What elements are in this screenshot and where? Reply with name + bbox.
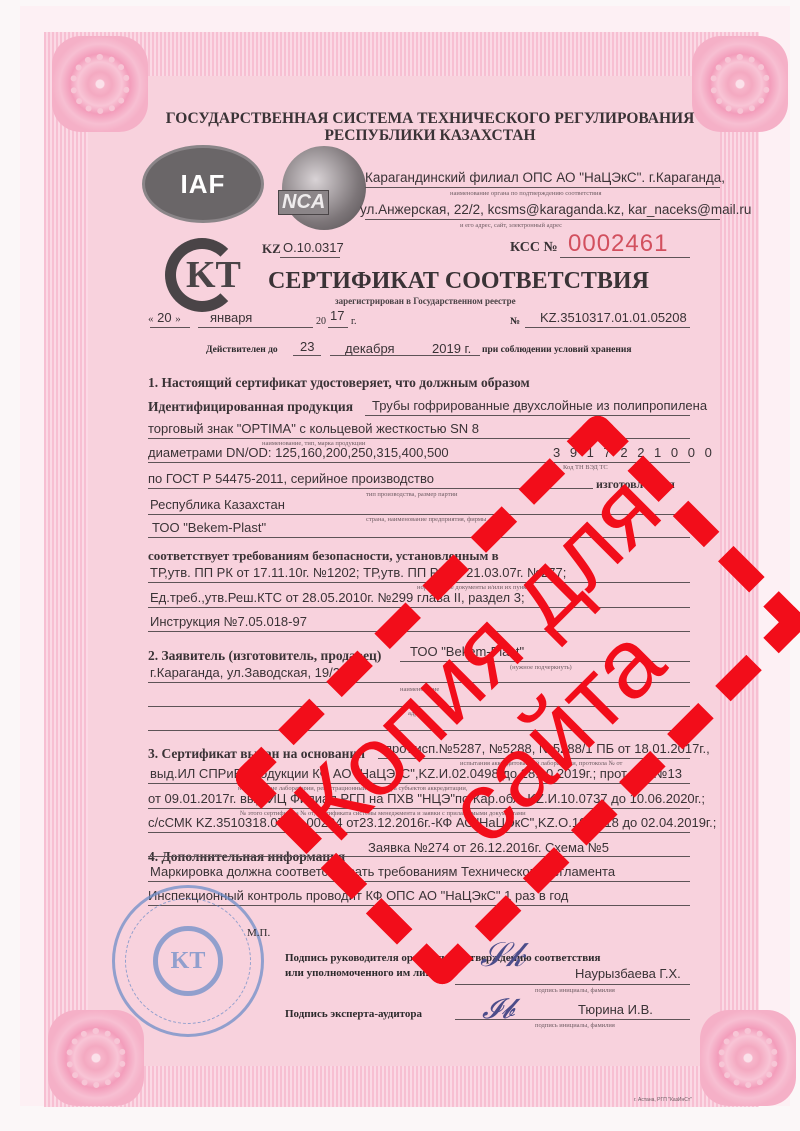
section2-heading: 2. Заявитель (изготовитель, продавец) bbox=[148, 648, 381, 664]
section3-heading: 3. Сертификат выдан на основании bbox=[148, 746, 365, 762]
valid-day: 23 bbox=[300, 339, 314, 354]
issue-month: января bbox=[210, 310, 252, 325]
additional-info-line-1: Маркировка должна соответствовать требов… bbox=[150, 864, 615, 879]
complies-label: соответствует требованиям безопасности, … bbox=[148, 548, 499, 564]
tn-ved-code: 3 9 1 7 2 2 1 0 0 0 bbox=[553, 445, 715, 460]
kz-accreditation-number: O.10.0317 bbox=[283, 240, 344, 255]
basis-line-5: Заявка №274 от 26.12.2016г. Схема №5 bbox=[368, 840, 609, 855]
basis-line-1: прот.исп.№5287, №5288, №5288/1 ПБ от 18.… bbox=[385, 741, 710, 756]
issue-year-unit: г. bbox=[351, 316, 356, 327]
section1-heading: 1. Настоящий сертификат удостоверяет, чт… bbox=[148, 375, 530, 391]
certificate-title: СЕРТИФИКАТ СООТВЕТСТВИЯ bbox=[268, 268, 649, 295]
seal-place-label: М.П. bbox=[247, 927, 270, 939]
reg-number-label: № bbox=[510, 316, 520, 327]
header-line-2: РЕСПУБЛИКИ КАЗАХСТАН bbox=[130, 127, 730, 145]
applicant-address-caption: адрес bbox=[408, 710, 423, 717]
issuer-name: Карагандинский филиал ОПС АО "НаЦЭкС". г… bbox=[365, 170, 725, 185]
stamp-center-text: KT bbox=[171, 948, 206, 975]
basis-line-3: от 09.01.2017г. выд.ИЦ Филиал РГП на ПХВ… bbox=[148, 791, 705, 806]
applicant-name-caption: наименование bbox=[400, 686, 439, 693]
issuer-address-caption: и его адрес, сайт, электронный адрес bbox=[460, 222, 562, 229]
manufacturer: ТОО "Bekem-Plast" bbox=[152, 520, 266, 535]
nca-globe-logo: NCA bbox=[282, 146, 366, 230]
product-line-4: по ГОСТ Р 54475-2011, серийное производс… bbox=[148, 471, 434, 486]
kt-conformity-logo: KT bbox=[165, 238, 239, 312]
production-caption: тип производства, размер партии bbox=[366, 491, 458, 498]
basis-line-4: с/сСМК KZ.3510318.07.03.00294 от23.12.20… bbox=[148, 815, 716, 830]
head-signature-caption: подпись инициалы, фамилия bbox=[535, 987, 615, 994]
stamp-kt-emblem: KT bbox=[153, 926, 223, 996]
issuer-name-caption: наименование органа по подтверждению соо… bbox=[450, 190, 602, 197]
printer-imprint: г. Астана, РГП "КазИнСт" bbox=[634, 1097, 692, 1103]
manufactured-label: изготовленная bbox=[596, 477, 675, 492]
issue-year-suffix: 17 bbox=[330, 308, 344, 323]
tn-ved-caption: Код ТН ВЭД ТС bbox=[563, 464, 608, 471]
company-caption: страна, наименование предприятия, фирмы bbox=[366, 516, 486, 523]
auditor-name: Тюрина И.В. bbox=[578, 1002, 653, 1017]
basis-line-2: выд.ИЛ СПРиБ продукции КФ АО "НаЦЭкС",KZ… bbox=[150, 766, 682, 781]
registry-number: KZ.3510317.01.01.05208 bbox=[540, 310, 687, 325]
norm-line-1: ТР,утв. ПП РК от 17.11.10г. №1202; ТР,ут… bbox=[150, 565, 566, 580]
product-line-3: диаметрами DN/OD: 125,160,200,250,315,40… bbox=[148, 445, 449, 460]
country: Республика Казахстан bbox=[150, 497, 285, 512]
kcc-label: КСС № bbox=[510, 240, 558, 256]
issuer-address: ул.Анжерская, 22/2, kcsms@karaganda.kz, … bbox=[360, 202, 751, 217]
head-signature-scribble: 𝒮𝓀 bbox=[480, 935, 525, 975]
product-line-2: торговый знак "OPTIMA" с кольцевой жестк… bbox=[148, 421, 479, 436]
valid-until-label: Действителен до bbox=[206, 345, 278, 355]
valid-condition: при соблюдении условий хранения bbox=[482, 345, 631, 355]
valid-month: декабря bbox=[345, 341, 395, 356]
applicant-address: г.Караганда, ул.Заводская, 19/2 bbox=[150, 665, 340, 680]
iaf-logo: IAF bbox=[142, 145, 264, 223]
issue-year-prefix: 20 bbox=[316, 316, 326, 327]
auditor-signature-caption: подпись инициалы, фамилия bbox=[535, 1022, 615, 1029]
certificate: ГОСУДАРСТВЕННАЯ СИСТЕМА ТЕХНИЧЕСКОГО РЕГ… bbox=[0, 0, 800, 1131]
issue-date: « 20 » bbox=[148, 310, 181, 325]
norm-line-3: Инструкция №7.05.018-97 bbox=[150, 614, 307, 629]
kt-logo-text: KT bbox=[186, 253, 241, 297]
issue-day: 20 bbox=[157, 310, 171, 325]
certificate-subtitle: зарегистрирован в Государственном реестр… bbox=[335, 296, 516, 306]
kcc-serial-number: 0002461 bbox=[568, 230, 668, 258]
norm-line-2: Ед.треб.,утв.Реш.КТС от 28.05.2010г. №29… bbox=[150, 590, 525, 605]
blue-official-stamp: KT bbox=[112, 885, 264, 1037]
head-signatory-name: Наурызбаева Г.Х. bbox=[575, 966, 681, 981]
iaf-logo-text: IAF bbox=[181, 169, 226, 200]
underline-caption: (нужное подчеркнуть) bbox=[510, 664, 572, 671]
section4-heading: 4. Дополнительная информация bbox=[148, 849, 345, 865]
nca-logo-text: NCA bbox=[278, 190, 329, 215]
kz-prefix: KZ bbox=[262, 241, 281, 257]
head-signature-label-2: или уполномоченного им лица bbox=[285, 967, 437, 979]
applicant-name: ТОО "Bekem-Plast" bbox=[410, 644, 524, 659]
head-signature-label-1: Подпись руководителя органа по подтвержд… bbox=[285, 952, 600, 964]
product-label: Идентифицированная продукция bbox=[148, 399, 353, 415]
product-line-1: Трубы гофрированные двухслойные из полип… bbox=[372, 398, 707, 413]
valid-year: 2019 г. bbox=[432, 341, 471, 356]
auditor-signature-label: Подпись эксперта-аудитора bbox=[285, 1008, 422, 1020]
header-line-1: ГОСУДАРСТВЕННАЯ СИСТЕМА ТЕХНИЧЕСКОГО РЕГ… bbox=[130, 110, 730, 128]
auditor-signature-scribble: 𝓘𝓫 bbox=[482, 992, 515, 1026]
